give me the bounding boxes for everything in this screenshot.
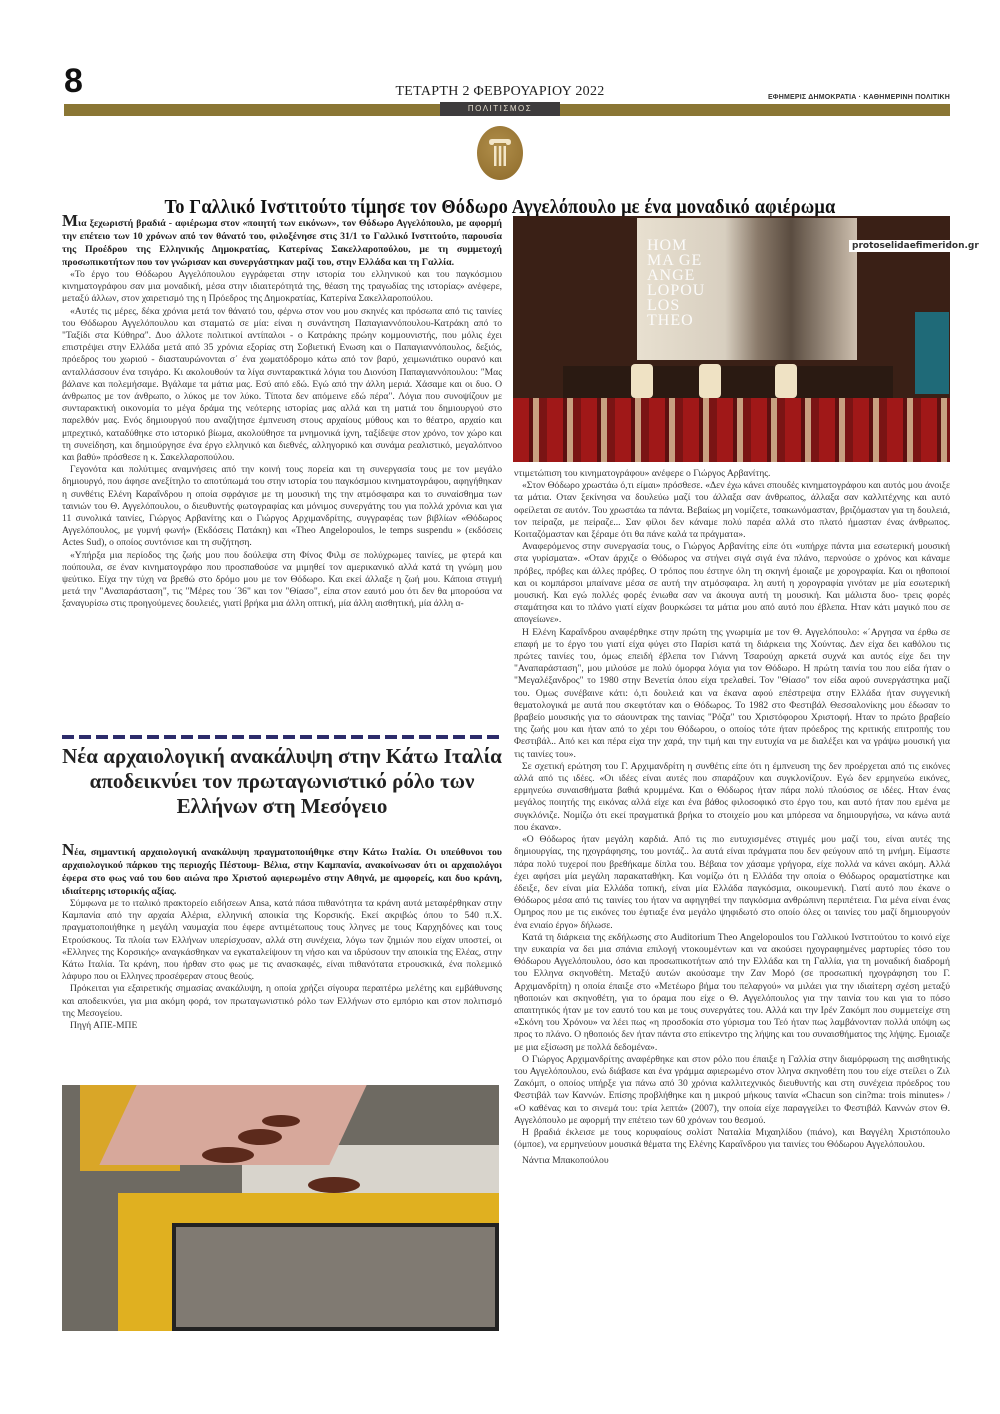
painted-panel (172, 1223, 499, 1331)
watermark: protoselidaefimeridon.gr (849, 240, 982, 252)
chair (631, 364, 653, 398)
paragraph: Σε σχετική ερώτηση του Γ. Αρχιμανδρίτη η… (514, 761, 950, 834)
paragraph: Πρόκειται για εξαιρετικής σημασίας ανακά… (62, 983, 502, 1020)
paragraph: Η Ελένη Καραΐνδρου αναφέρθηκε στην πρώτη… (514, 627, 950, 761)
projection-screen: HOM MA GE ANGE LOPOU LOS THEO (637, 218, 857, 360)
photo-pompeii-thermopolium (62, 1085, 499, 1331)
paragraph: «Ο Θόδωρος ήταν μεγάλη καρδιά. Από τις π… (514, 834, 950, 932)
column-icon (477, 126, 523, 180)
paragraph: Ο Γιώργος Αρχιμανδρίτης αναφέρθηκε και σ… (514, 1054, 950, 1127)
paragraph: ντιμετώπιση του κινηματογράφου» ανέφερε … (514, 468, 950, 480)
article2-column: Νέα, σημαντική αρχαιολογική ανακάλυψη πρ… (62, 843, 502, 1032)
masthead-small: ΕΦΗΜΕΡΙΣ ΔΗΜΟΚΡΑΤΙΑ · ΚΑΘΗΜΕΡΙΝΗ ΠΟΛΙΤΙΚ… (768, 94, 950, 101)
paragraph: Αναφερόμενος στην συνεργασία τους, ο Γιώ… (514, 541, 950, 626)
dashed-divider (62, 735, 502, 739)
chair (775, 364, 797, 398)
source-credit: Πηγή ΑΠΕ-ΜΠΕ (62, 1020, 502, 1032)
pot-opening (262, 1115, 300, 1127)
dropcap: Μ (62, 211, 78, 230)
audience-seats (513, 398, 950, 462)
author-byline: Νάντια Μπακοπούλου (514, 1155, 950, 1167)
lead-text: έα, σημαντική αρχαιολογική ανακάλυψη πρα… (62, 847, 502, 897)
paragraph: Γεγονότα και πολύτιμες αναμνήσεις από τη… (62, 464, 502, 549)
chair (699, 364, 721, 398)
paragraph: «Στον Θόδωρο χρωστάω ό,τι είμαι» πρόσθεσ… (514, 480, 950, 541)
headline-archaeology: Νέα αρχαιολογική ανακάλυψη στην Κάτω Ιτα… (62, 744, 502, 819)
ionic-column-icon (488, 138, 512, 168)
paragraph: «Αυτές τις μέρες, δέκα χρόνια μετά τον θ… (62, 306, 502, 465)
paragraph: Η βραδιά έκλεισε με τους κορυφαίους σολί… (514, 1127, 950, 1151)
article1-left-column: Μια ξεχωριστή βραδιά - αφιέρωμα στον «πο… (62, 214, 502, 611)
pot-opening (308, 1177, 360, 1193)
article1-lead: Μια ξεχωριστή βραδιά - αφιέρωμα στον «πο… (62, 214, 502, 269)
institut-banner (915, 312, 949, 394)
screen-text: HOM MA GE ANGE LOPOU LOS THEO (647, 238, 717, 328)
paragraph: Σύμφωνα με το ιταλικό πρακτορείο ειδήσεω… (62, 898, 502, 983)
lead-text: ια ξεχωριστή βραδιά - αφιέρωμα στον «ποι… (62, 218, 502, 268)
pot-opening (238, 1129, 282, 1145)
paragraph: «Το έργο του Θόδωρου Αγγελόπουλου εγγράφ… (62, 269, 502, 306)
article2-lead: Νέα, σημαντική αρχαιολογική ανακάλυψη πρ… (62, 843, 502, 898)
paragraph: Κατά τη διάρκεια της εκδήλωσης στο Audit… (514, 932, 950, 1054)
article1-right-column: ντιμετώπιση του κινηματογράφου» ανέφερε … (514, 468, 950, 1168)
pot-opening (202, 1147, 254, 1163)
photo-hommage-auditorium: HOM MA GE ANGE LOPOU LOS THEO (513, 216, 950, 462)
paragraph: «Υπήρξα μια περίοδος της ζωής μου που δο… (62, 550, 502, 611)
section-label: ΠΟΛΙΤΙΣΜΟΣ (440, 102, 560, 116)
dropcap: Ν (62, 840, 74, 859)
